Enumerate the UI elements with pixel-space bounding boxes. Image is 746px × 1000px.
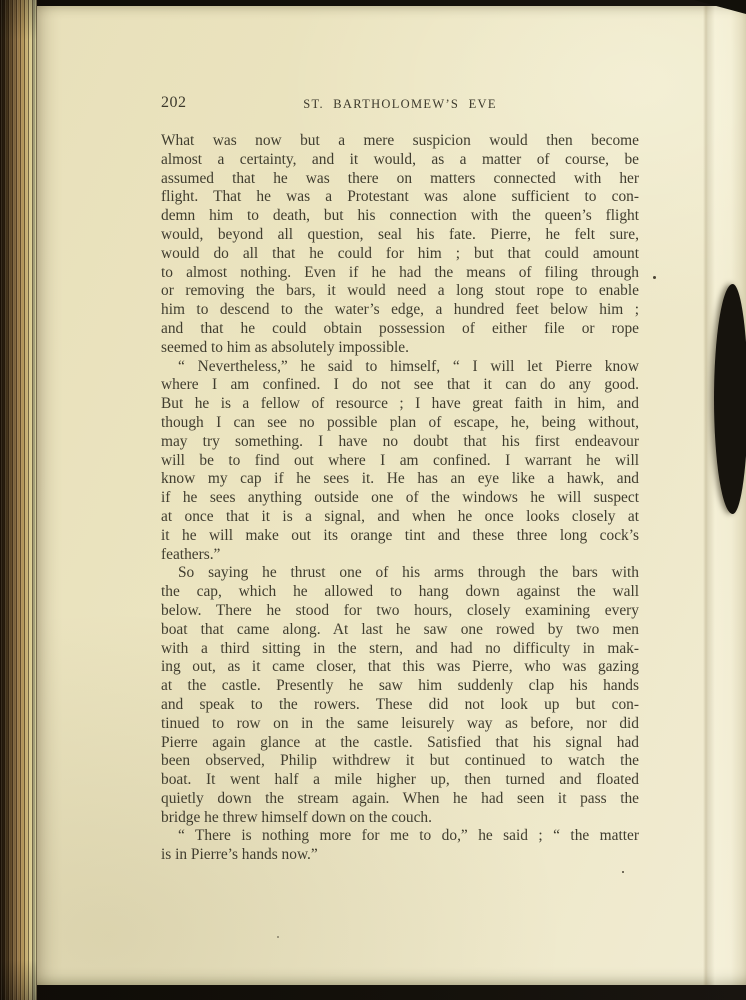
text-line: him to descend to the water’s edge, a hu… [161,301,639,320]
text-line: been observed, Philip withdrew it but co… [161,752,639,771]
text-line: at once that it is a signal, and when he… [161,508,639,527]
text-line: at the castle. Presently he saw him sudd… [161,677,639,696]
text-line: is in Pierre’s hands now.” [161,846,639,865]
text-line: boat that came along. At last he saw one… [161,621,639,640]
text-line: tinued to row on in the same leisurely w… [161,715,639,734]
text-line: “ There is nothing more for me to do,” h… [161,827,639,846]
text-line: and speak to the rowers. These did not l… [161,696,639,715]
text-line: assumed that he was there on matters con… [161,170,639,189]
text-line: But he is a fellow of resource ; I have … [161,395,639,414]
text-line: would do all that he could for him ; but… [161,245,639,264]
running-header: ST. BARTHOLOMEW’S EVE [161,97,639,112]
book-binding-edge [0,0,37,1000]
book-page: 202 ST. BARTHOLOMEW’S EVE What was now b… [37,6,746,985]
print-speck [277,936,279,938]
page-edge-gap-shadow [714,284,746,514]
text-line: almost a certainty, and it would, as a m… [161,151,639,170]
text-line: quietly down the stream again. When he h… [161,790,639,809]
print-speck [622,871,624,873]
text-line: though I can see no possible plan of esc… [161,414,639,433]
text-line: So saying he thrust one of his arms thro… [161,564,639,583]
text-line: with a third sitting in the stern, and h… [161,640,639,659]
print-speck [653,276,656,279]
text-line: boat. It went half a mile higher up, the… [161,771,639,790]
text-line: it he will make out its orange tint and … [161,527,639,546]
text-line: may try something. I have no doubt that … [161,433,639,452]
text-line: feathers.” [161,546,639,565]
text-line: the cap, which he allowed to hang down a… [161,583,639,602]
page-header: 202 ST. BARTHOLOMEW’S EVE [161,94,639,112]
scanner-background: 202 ST. BARTHOLOMEW’S EVE What was now b… [0,0,746,1000]
text-line: ing out, as it came closer, that this wa… [161,658,639,677]
text-line: below. There he stood for two hours, clo… [161,602,639,621]
text-line: Pierre again glance at the castle. Satis… [161,734,639,753]
text-line: flight. That he was a Protestant was alo… [161,188,639,207]
text-line: and that he could obtain possession of e… [161,320,639,339]
text-line: What was now but a mere suspicion would … [161,132,639,151]
text-line: “ Nevertheless,” he said to himself, “ I… [161,358,639,377]
text-line: to almost nothing. Even if he had the me… [161,264,639,283]
text-block: What was now but a mere suspicion would … [161,132,639,865]
text-line: will be to find out where I am confined.… [161,452,639,471]
text-line: bridge he threw himself down on the couc… [161,809,639,828]
text-line: or removing the bars, it would need a lo… [161,282,639,301]
text-line: seemed to him as absolutely impossible. [161,339,639,358]
text-line: where I am confined. I do not see that i… [161,376,639,395]
text-line: know my cap if he sees it. He has an eye… [161,470,639,489]
text-line: demn him to death, but his connection wi… [161,207,639,226]
text-line: if he sees anything outside one of the w… [161,489,639,508]
text-line: would, beyond all question, seal his fat… [161,226,639,245]
